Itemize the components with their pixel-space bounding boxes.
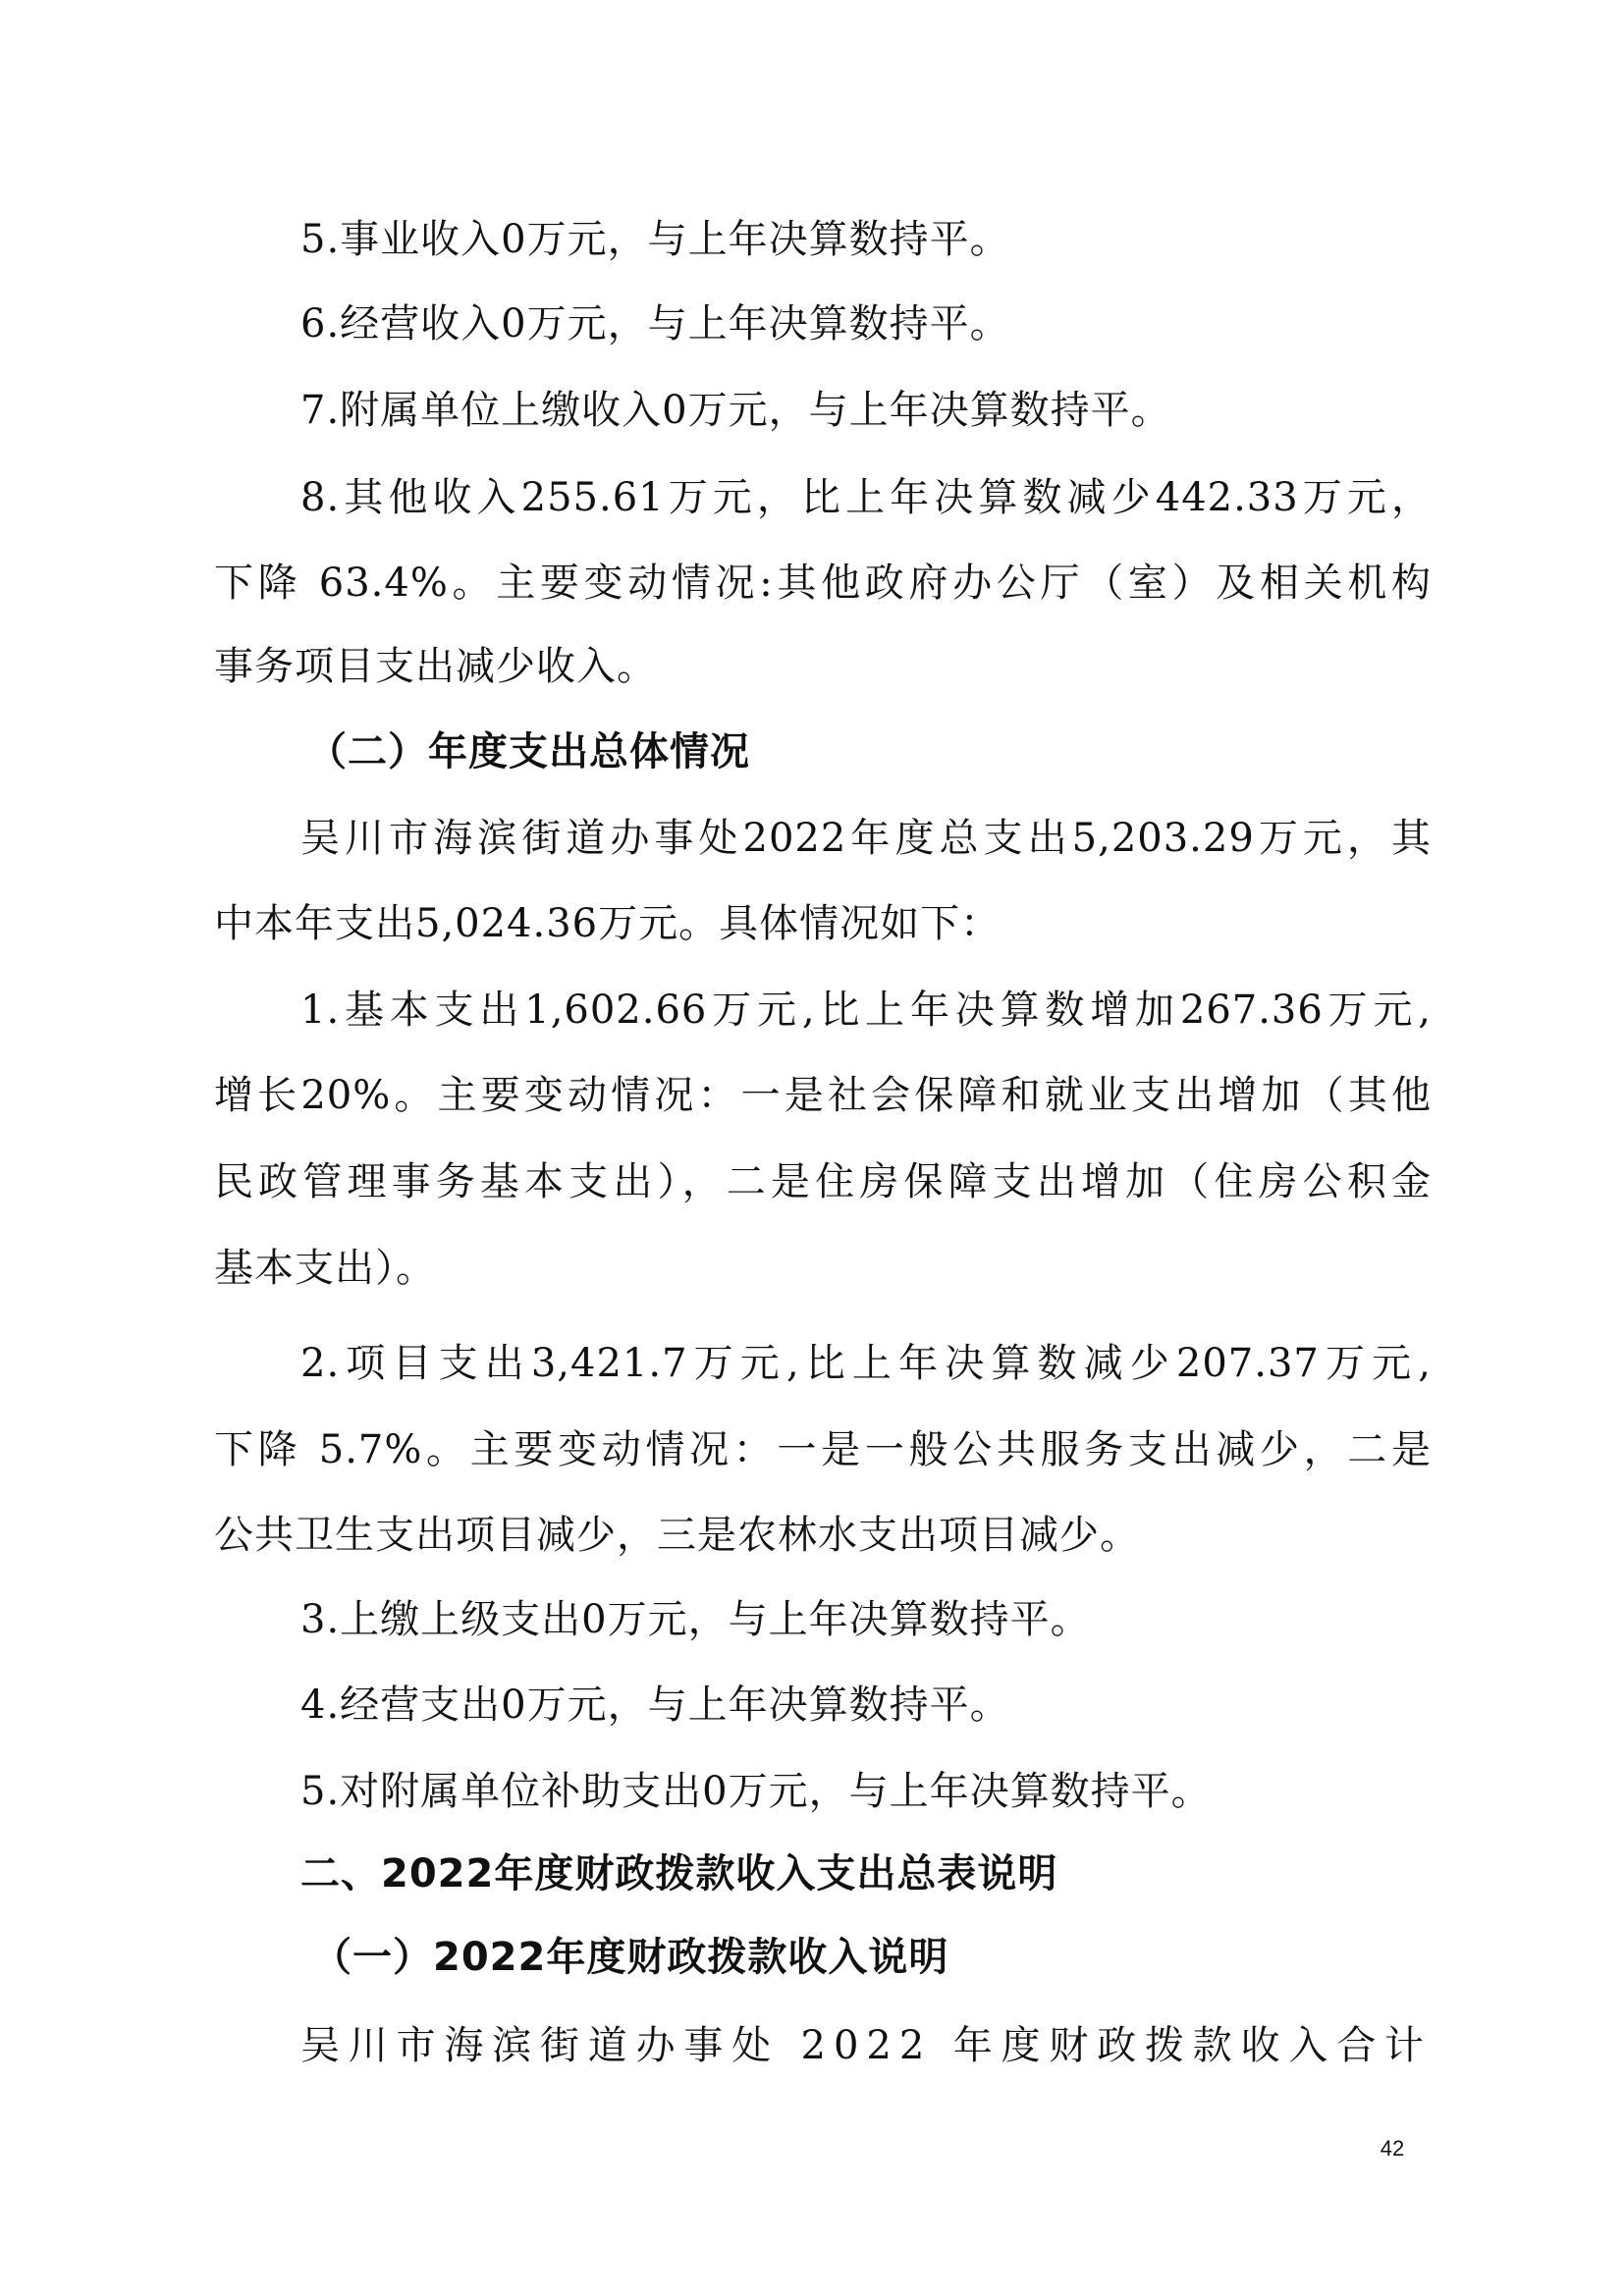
section-heading-annual-expenditure: （二）年度支出总体情况 bbox=[307, 728, 1525, 775]
paragraph-expense-2-line-3: 公共卫生支出项目减少，三是农林水支出项目减少。 bbox=[214, 1512, 1432, 1559]
paragraph-expense-2-line-1: 2.项目支出3,421.7万元,比上年决算数减少207.37万元, bbox=[300, 1340, 1432, 1387]
paragraph-expense-intro-line-2: 中本年支出5,024.36万元。具体情况如下： bbox=[214, 900, 1432, 947]
paragraph-expense-5: 5.对附属单位补助支出0万元，与上年决算数持平。 bbox=[300, 1768, 1432, 1815]
paragraph-income-7: 7.附属单位上缴收入0万元，与上年决算数持平。 bbox=[300, 387, 1432, 434]
sub-heading-appropriation-income: （一）2022年度财政拨款收入说明 bbox=[312, 1934, 1530, 1981]
paragraph-expense-3: 3.上缴上级支出0万元，与上年决算数持平。 bbox=[300, 1596, 1432, 1643]
paragraph-expense-1-line-2: 增长20%。主要变动情况：一是社会保障和就业支出增加（其他 bbox=[214, 1072, 1432, 1119]
part-heading-appropriation-summary: 二、2022年度财政拨款收入支出总表说明 bbox=[300, 1850, 1518, 1897]
page-number: 42 bbox=[1373, 2136, 1412, 2162]
paragraph-expense-2-line-2: 下降 5.7%。主要变动情况：一是一般公共服务支出减少，二是 bbox=[214, 1426, 1432, 1473]
paragraph-expense-1-line-3: 民政管理事务基本支出），二是住房保障支出增加（住房公积金 bbox=[214, 1158, 1432, 1205]
paragraph-income-6: 6.经营收入0万元，与上年决算数持平。 bbox=[300, 300, 1432, 347]
paragraph-income-8-line-1: 8.其他收入255.61万元，比上年决算数减少442.33万元， bbox=[300, 474, 1432, 521]
paragraph-income-8-line-2: 下降 63.4%。主要变动情况:其他政府办公厅（室）及相关机构 bbox=[214, 560, 1432, 607]
paragraph-expense-1-line-4: 基本支出）。 bbox=[214, 1245, 1432, 1292]
paragraph-expense-1-line-1: 1.基本支出1,602.66万元,比上年决算数增加267.36万元, bbox=[300, 987, 1432, 1034]
paragraph-income-5: 5.事业收入0万元，与上年决算数持平。 bbox=[300, 216, 1432, 263]
paragraph-appropriation-intro-line-1: 吴川市海滨街道办事处 2022 年度财政拨款收入合计 bbox=[300, 2022, 1432, 2069]
paragraph-expense-intro-line-1: 吴川市海滨街道办事处2022年度总支出5,203.29万元，其 bbox=[300, 815, 1432, 862]
paragraph-expense-4: 4.经营支出0万元，与上年决算数持平。 bbox=[300, 1682, 1432, 1729]
paragraph-income-8-line-3: 事务项目支出减少收入。 bbox=[214, 643, 1432, 690]
